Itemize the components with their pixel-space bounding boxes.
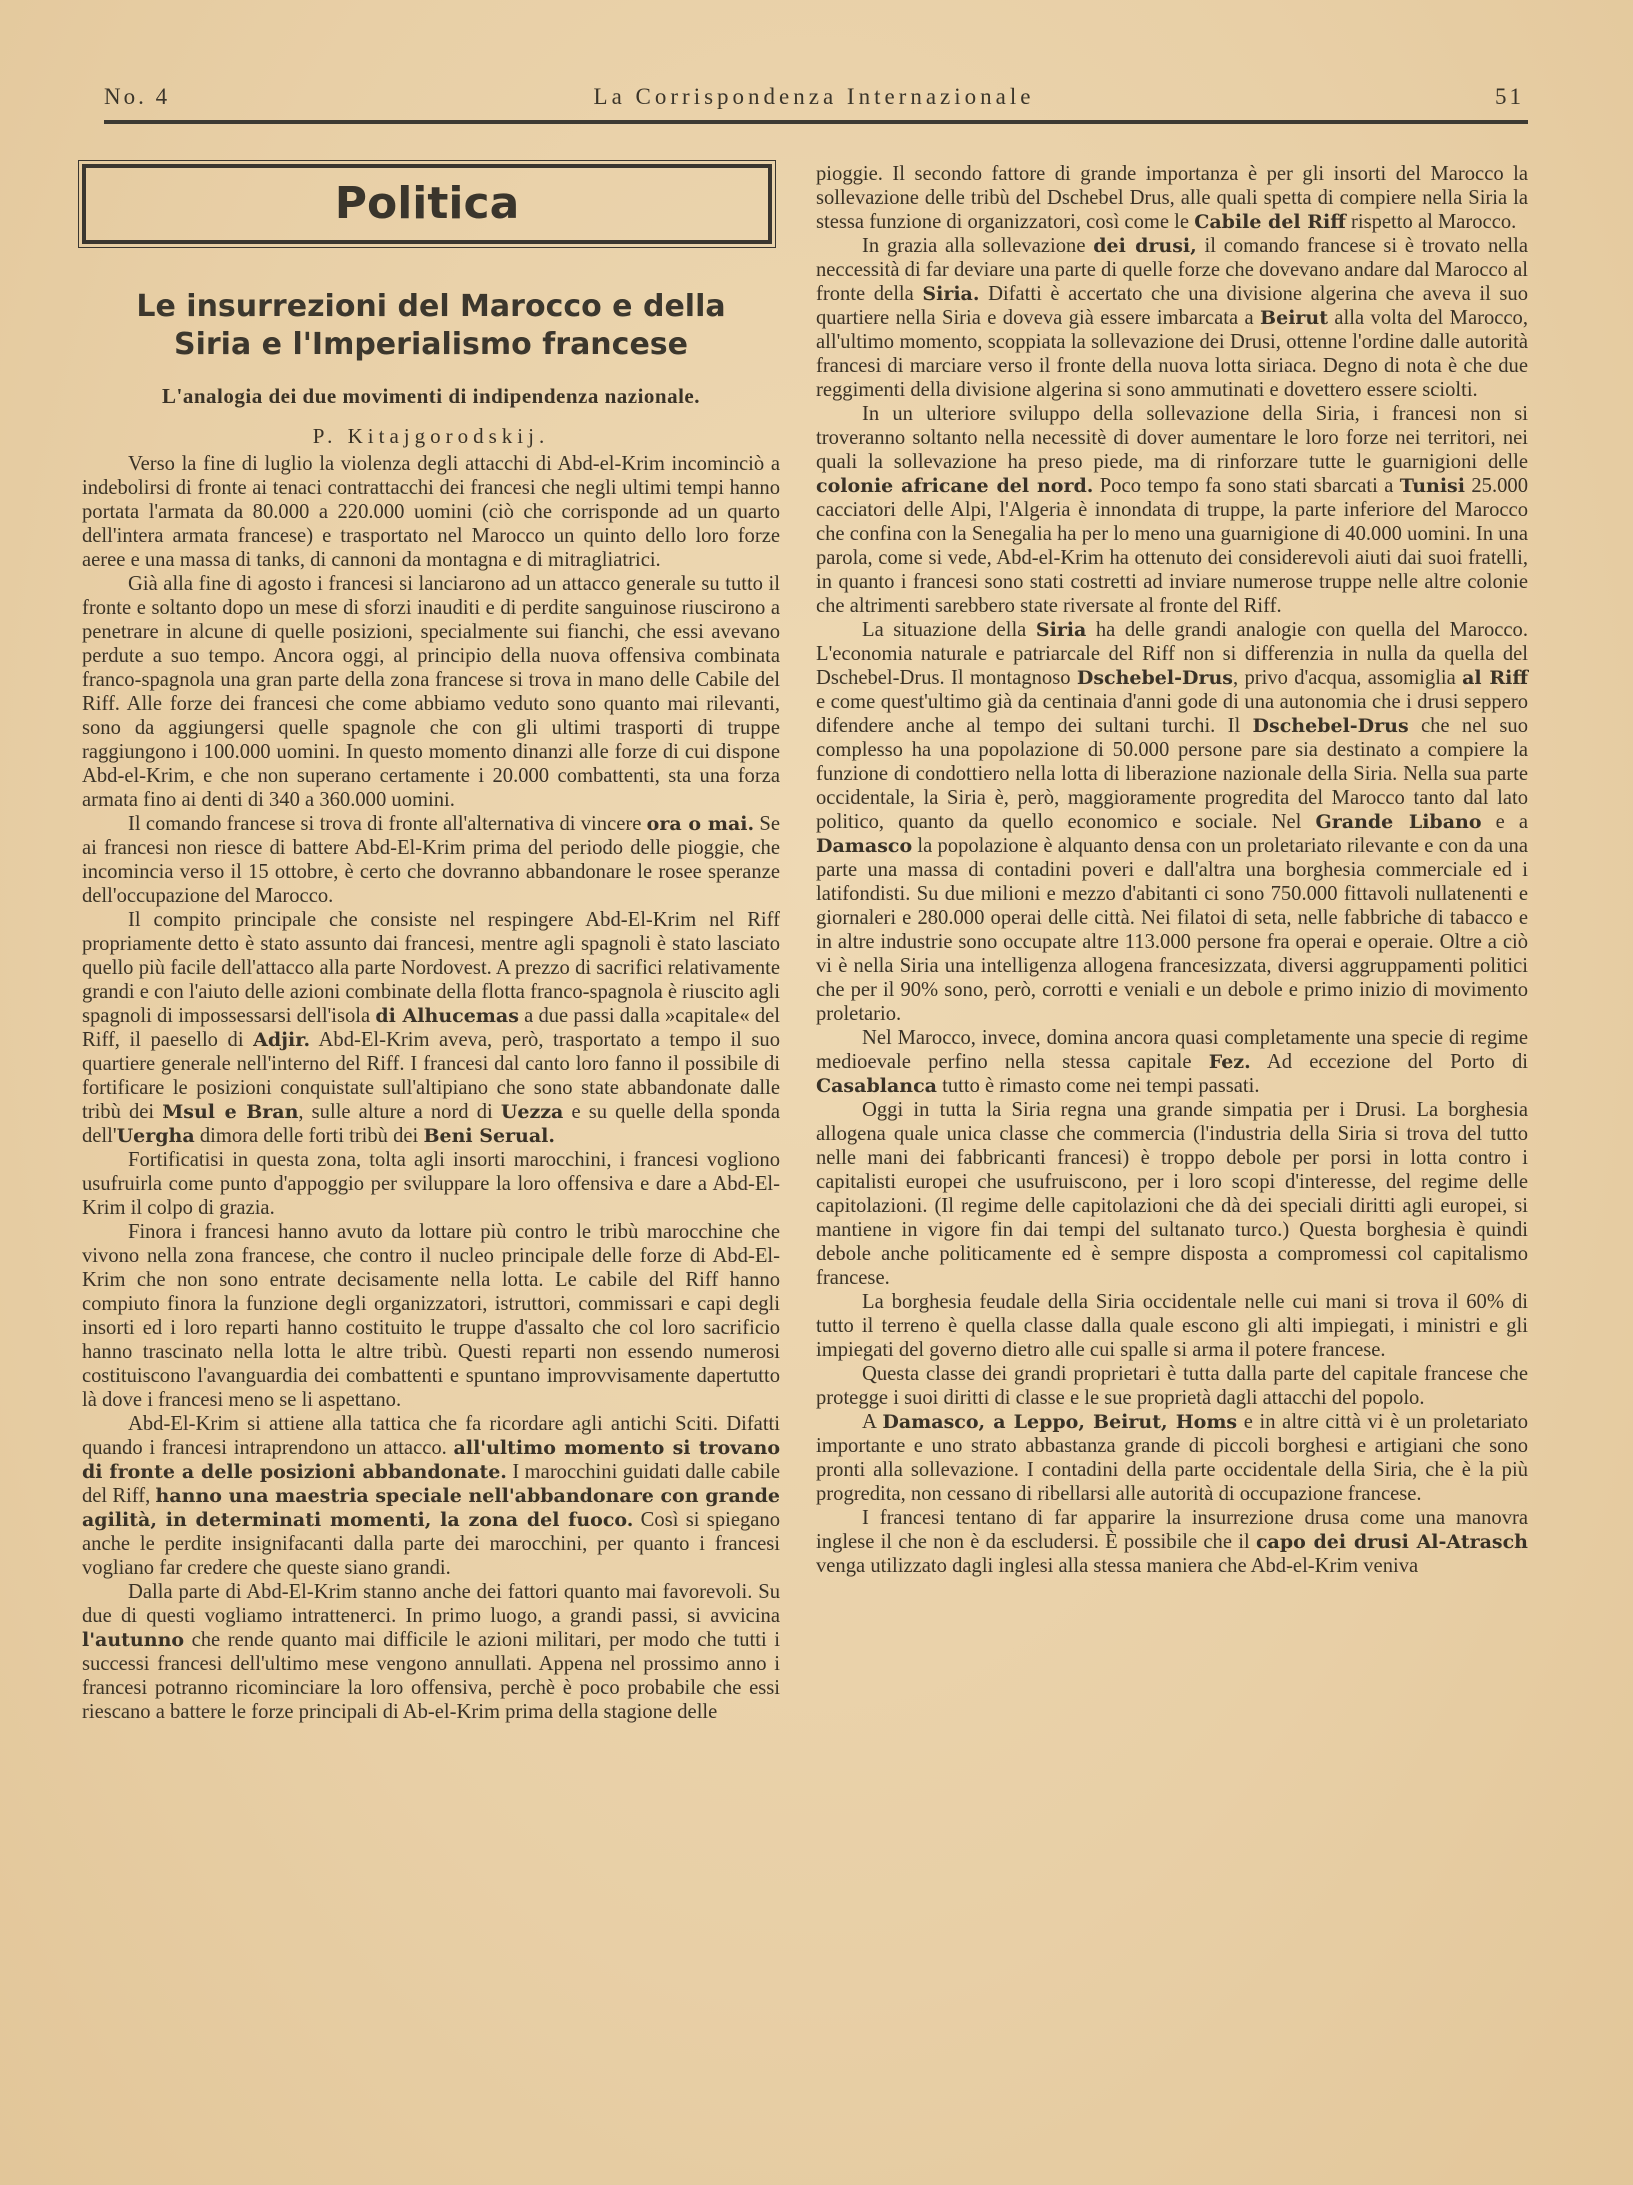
section-heading: Politica xyxy=(82,164,772,244)
journal-title: La Corrispondenza Internazionale xyxy=(104,84,1524,110)
paragraph: La situazione della Siria ha delle grand… xyxy=(816,618,1528,1026)
paragraph: In un ulteriore sviluppo della sollevazi… xyxy=(816,402,1528,618)
article-title-line-1: Le insurrezioni del Marocco e della xyxy=(82,288,780,326)
header-rule xyxy=(104,120,1528,124)
article-title: Le insurrezioni del Marocco e della Siri… xyxy=(82,288,780,364)
paragraph: Nel Marocco, invece, domina ancora quasi… xyxy=(816,1026,1528,1098)
paragraph: Già alla fine di agosto i francesi si la… xyxy=(82,572,780,812)
paragraph: Oggi in tutta la Siria regna una grande … xyxy=(816,1098,1528,1290)
right-column-body: pioggie. Il secondo fattore di grande im… xyxy=(816,162,1528,1578)
paragraph: La borghesia feudale della Siria occiden… xyxy=(816,1290,1528,1362)
left-column: Politica Le insurrezioni del Marocco e d… xyxy=(82,160,780,1724)
paragraph: A Damasco, a Leppo, Beirut, Homs e in al… xyxy=(816,1410,1528,1506)
paragraph: Dalla parte di Abd-El-Krim stanno anche … xyxy=(82,1580,780,1724)
article-title-line-2: Siria e l'Imperialismo francese xyxy=(82,326,780,364)
left-column-body: Verso la fine di luglio la violenza degl… xyxy=(82,452,780,1724)
right-column: pioggie. Il secondo fattore di grande im… xyxy=(816,162,1528,1578)
paragraph: Abd-El-Krim si attiene alla tattica che … xyxy=(82,1412,780,1580)
article-author: P. Kitajgorodskij. xyxy=(82,424,780,448)
paragraph: I francesi tentano di far apparire la in… xyxy=(816,1506,1528,1578)
paragraph: Fortificatisi in questa zona, tolta agli… xyxy=(82,1148,780,1220)
paragraph: Il comando francese si trova di fronte a… xyxy=(82,812,780,908)
paragraph: Questa classe dei grandi proprietari è t… xyxy=(816,1362,1528,1410)
paragraph: Finora i francesi hanno avuto da lottare… xyxy=(82,1220,780,1412)
page-number: 51 xyxy=(1495,84,1524,110)
paragraph: Verso la fine di luglio la violenza degl… xyxy=(82,452,780,572)
paragraph: pioggie. Il secondo fattore di grande im… xyxy=(816,162,1528,234)
paragraph: In grazia alla sollevazione dei drusi, i… xyxy=(816,234,1528,402)
article-subtitle: L'analogia dei due movimenti di indipend… xyxy=(82,384,780,408)
running-head: No. 4 La Corrispondenza Internazionale 5… xyxy=(104,84,1524,120)
newspaper-page: No. 4 La Corrispondenza Internazionale 5… xyxy=(0,0,1633,2185)
paragraph: Il compito principale che consiste nel r… xyxy=(82,908,780,1148)
